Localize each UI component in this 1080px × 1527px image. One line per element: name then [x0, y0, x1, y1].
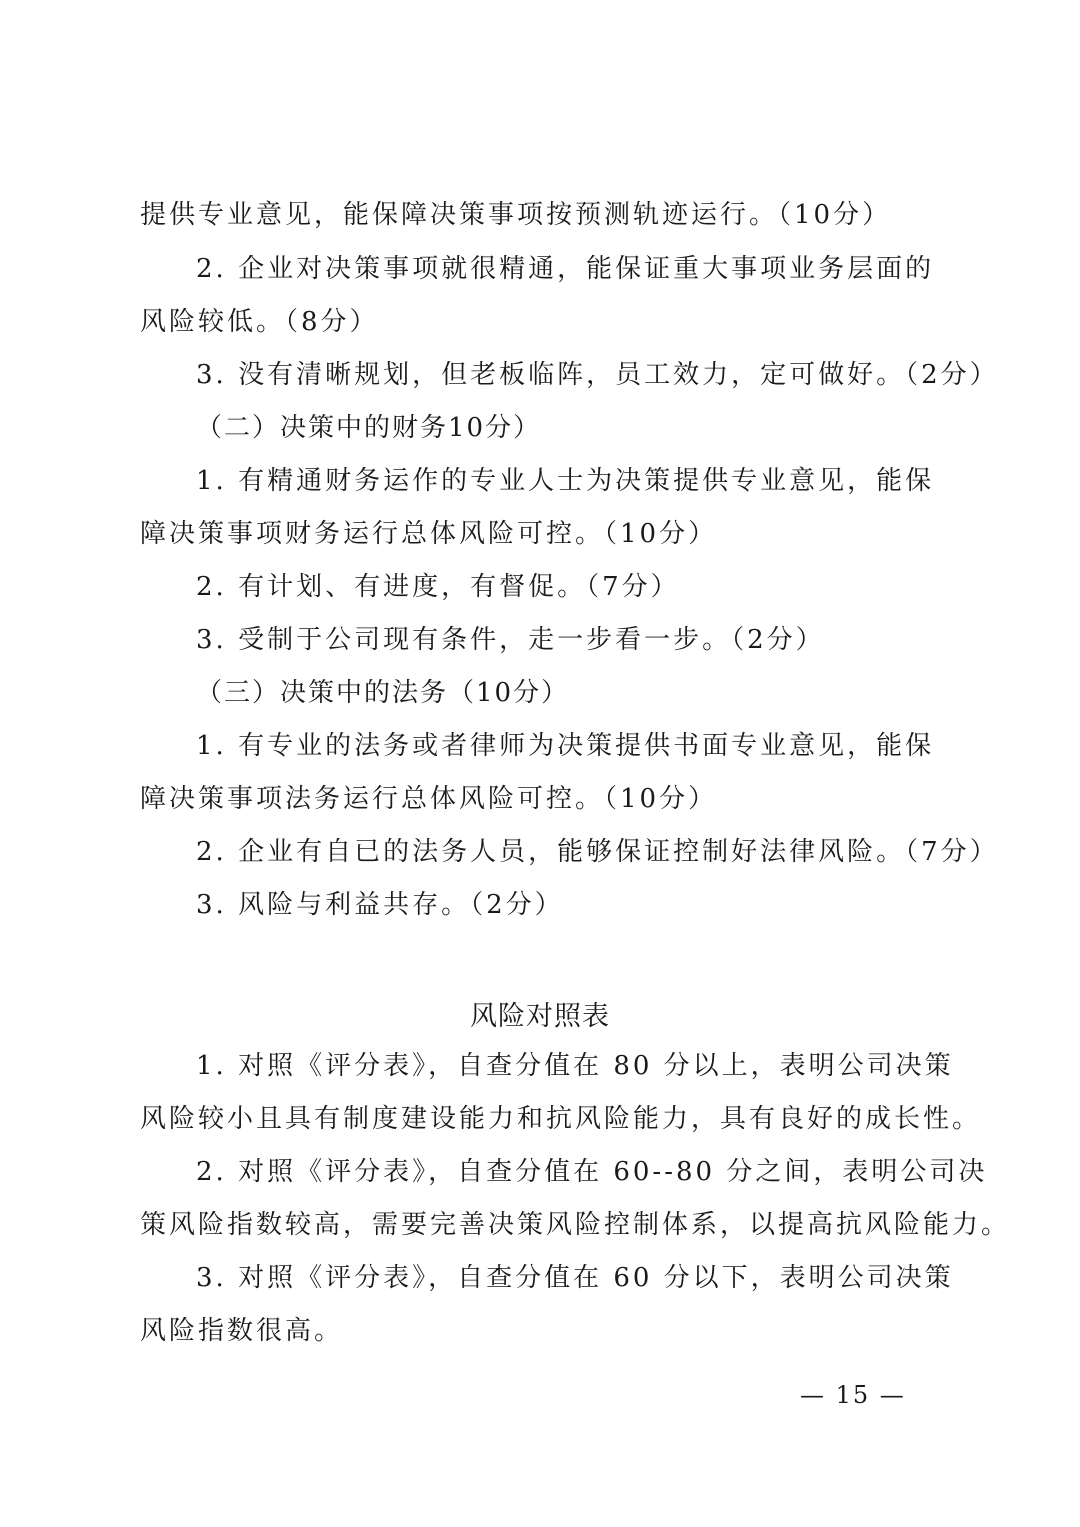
list-item-1-line1: 1. 有精通财务运作的专业人士为决策提供专业意见，能保 [196, 464, 934, 498]
paragraph-line: 提供专业意见，能保障决策事项按预测轨迹运行。（10分） [140, 198, 891, 232]
list-item-2: 2. 企业有自已的法务人员，能够保证控制好法律风险。（7分） [196, 835, 999, 869]
section-heading-legal: （三）决策中的法务（10分） [196, 676, 569, 710]
list-item-2: 2. 有计划、有进度，有督促。（7分） [196, 570, 680, 604]
risk-table-title: 风险对照表 [0, 994, 1080, 1033]
page-number: — 15 — [800, 1381, 906, 1409]
list-item-2-line2: 风险较低。（8分） [140, 305, 379, 339]
list-item-3: 3. 没有清晰规划，但老板临阵，员工效力，定可做好。（2分） [196, 358, 999, 392]
section-heading-finance: （二）决策中的财务10分） [196, 411, 541, 445]
list-item-1-line2: 障决策事项财务运行总体风险可控。（10分） [140, 517, 717, 551]
list-item-1-line2: 障决策事项法务运行总体风险可控。（10分） [140, 782, 717, 816]
list-item-1-line1: 1. 有专业的法务或者律师为决策提供书面专业意见，能保 [196, 729, 934, 763]
list-item-2-line1: 2. 企业对决策事项就很精通，能保证重大事项业务层面的 [196, 252, 934, 286]
risk-item-2-line1: 2. 对照《评分表》，自查分值在 60--80 分之间，表明公司决 [196, 1155, 987, 1189]
risk-item-3-line2: 风险指数很高。 [140, 1314, 343, 1348]
risk-item-2-line2: 策风险指数较高，需要完善决策风险控制体系，以提高抗风险能力。 [140, 1208, 1010, 1242]
list-item-3: 3. 风险与利益共存。（2分） [196, 888, 564, 922]
risk-item-1-line2: 风险较小且具有制度建设能力和抗风险能力，具有良好的成长性。 [140, 1102, 981, 1136]
risk-item-3-line1: 3. 对照《评分表》，自查分值在 60 分以下，表明公司决策 [196, 1261, 954, 1295]
risk-item-1-line1: 1. 对照《评分表》，自查分值在 80 分以上，表明公司决策 [196, 1049, 954, 1083]
list-item-3: 3. 受制于公司现有条件，走一步看一步。（2分） [196, 623, 825, 657]
